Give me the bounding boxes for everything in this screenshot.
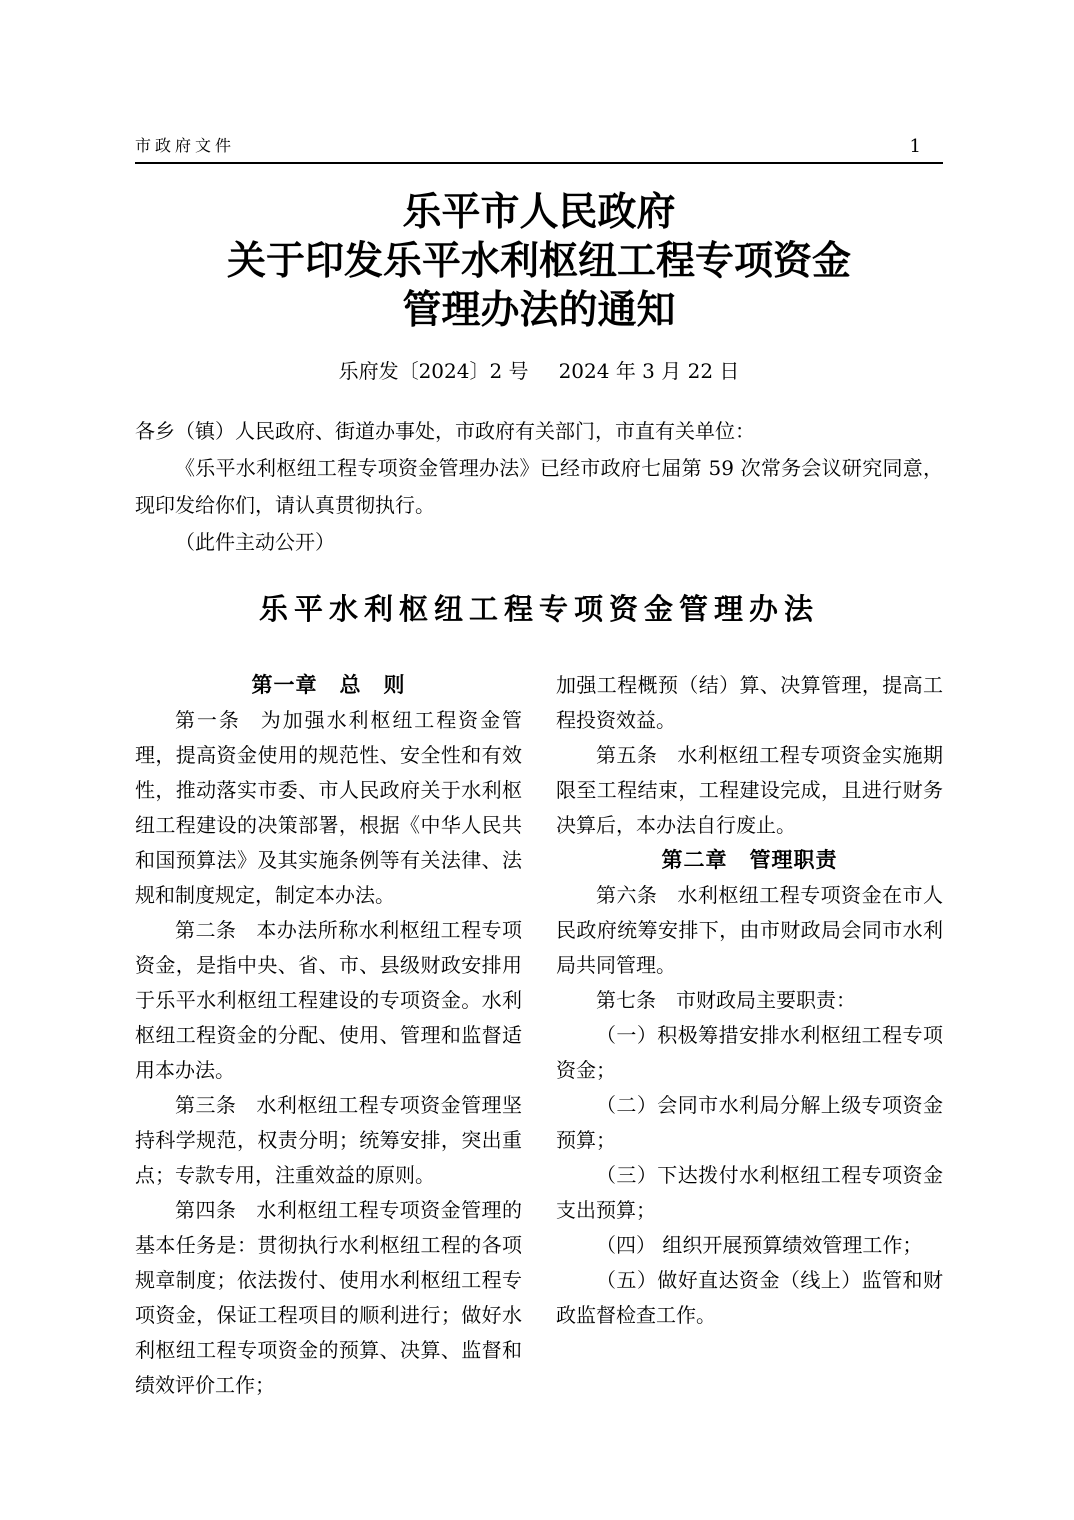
measures-title: 乐平水利枢纽工程专项资金管理办法 — [135, 590, 943, 628]
article-5-number: 第五条 — [596, 743, 657, 767]
duty-item-5: （五）做好直达资金（线上）监管和财政监督检查工作。 — [556, 1263, 943, 1333]
chapter-1-heading: 第一章 总 则 — [135, 668, 522, 703]
article-3-number: 第三条 — [175, 1093, 236, 1117]
notice-title-line-1: 乐平市人民政府 — [135, 188, 943, 237]
article-4-text: 水利枢纽工程专项资金管理的基本任务是：贯彻执行水利枢纽工程的各项规章制度；依法拨… — [135, 1198, 522, 1397]
article-2-number: 第二条 — [175, 918, 236, 942]
page-header: 市政府文件 1 — [135, 136, 943, 164]
article-6-number: 第六条 — [596, 883, 657, 907]
duty-item-2: （二）会同市水利局分解上级专项资金预算； — [556, 1088, 943, 1158]
document-number: 乐府发〔2024〕2 号 — [339, 359, 529, 383]
notice-intro: 各乡（镇）人民政府、街道办事处，市政府有关部门，市直有关单位： 《乐平水利枢纽工… — [135, 413, 943, 561]
header-label: 市政府文件 — [135, 136, 235, 156]
duty-item-1: （一）积极筹措安排水利枢纽工程专项资金； — [556, 1018, 943, 1088]
page-number: 1 — [910, 138, 921, 156]
article-1: 第一条为加强水利枢纽工程资金管理，提高资金使用的规范性、安全性和有效性，推动落实… — [135, 703, 522, 913]
article-4: 第四条水利枢纽工程专项资金管理的基本任务是：贯彻执行水利枢纽工程的各项规章制度；… — [135, 1193, 522, 1403]
notice-title-line-3: 管理办法的通知 — [135, 286, 943, 335]
recipients-line: 各乡（镇）人民政府、街道办事处，市政府有关部门，市直有关单位： — [135, 413, 943, 450]
right-column: 加强工程概预（结）算、决算管理，提高工程投资效益。 第五条水利枢纽工程专项资金实… — [556, 668, 943, 1403]
article-7: 第七条市财政局主要职责： — [556, 983, 943, 1018]
disclosure-note: （此件主动公开） — [135, 524, 943, 561]
duty-item-3: （三）下达拨付水利枢纽工程专项资金支出预算； — [556, 1158, 943, 1228]
document-number-and-date: 乐府发〔2024〕2 号2024 年 3 月 22 日 — [135, 359, 943, 383]
document-date: 2024 年 3 月 22 日 — [559, 359, 740, 383]
article-4-number: 第四条 — [175, 1198, 236, 1222]
notice-body-paragraph: 《乐平水利枢纽工程专项资金管理办法》已经市政府七届第 59 次常务会议研究同意，… — [135, 450, 943, 524]
article-3: 第三条水利枢纽工程专项资金管理坚持科学规范，权责分明；统筹安排，突出重点；专款专… — [135, 1088, 522, 1193]
article-1-number: 第一条 — [175, 708, 241, 732]
notice-title: 乐平市人民政府 关于印发乐平水利枢纽工程专项资金 管理办法的通知 — [135, 188, 943, 335]
article-5: 第五条水利枢纽工程专项资金实施期限至工程结束，工程建设完成，且进行财务决算后，本… — [556, 738, 943, 843]
notice-title-line-2: 关于印发乐平水利枢纽工程专项资金 — [135, 237, 943, 286]
duty-item-4: （四） 组织开展预算绩效管理工作； — [556, 1228, 943, 1263]
article-7-number: 第七条 — [596, 988, 656, 1012]
document-page: 市政府文件 1 乐平市人民政府 关于印发乐平水利枢纽工程专项资金 管理办法的通知… — [0, 0, 1074, 1520]
article-7-text: 市财政局主要职责： — [676, 988, 856, 1012]
left-column: 第一章 总 则 第一条为加强水利枢纽工程资金管理，提高资金使用的规范性、安全性和… — [135, 668, 522, 1403]
article-2-text: 本办法所称水利枢纽工程专项资金，是指中央、省、市、县级财政安排用于乐平水利枢纽工… — [135, 918, 522, 1082]
chapter-2-heading: 第二章 管理职责 — [556, 843, 943, 878]
article-1-text: 为加强水利枢纽工程资金管理，提高资金使用的规范性、安全性和有效性，推动落实市委、… — [135, 708, 522, 907]
article-2: 第二条本办法所称水利枢纽工程专项资金，是指中央、省、市、县级财政安排用于乐平水利… — [135, 913, 522, 1088]
measures-body: 第一章 总 则 第一条为加强水利枢纽工程资金管理，提高资金使用的规范性、安全性和… — [135, 668, 943, 1403]
article-4-continuation: 加强工程概预（结）算、决算管理，提高工程投资效益。 — [556, 668, 943, 738]
article-6: 第六条水利枢纽工程专项资金在市人民政府统筹安排下，由市财政局会同市水利局共同管理… — [556, 878, 943, 983]
